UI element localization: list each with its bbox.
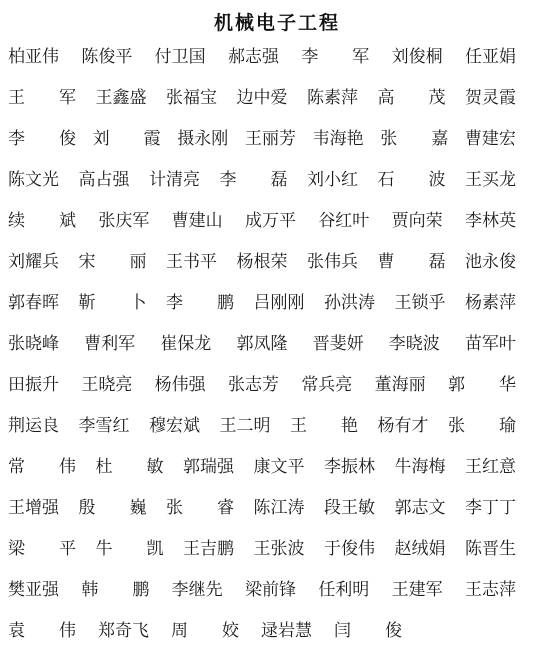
name-cell: 韩 鹏 [81, 569, 149, 610]
name-row: 郭春晖靳 卜李 鹏吕刚刚孙洪涛王锁乎杨素萍 [8, 282, 516, 323]
name-cell: 杨有才 [378, 405, 429, 446]
name-cell: 梁前锋 [245, 569, 296, 610]
name-cell: 计清亮 [149, 159, 200, 200]
name-cell: 杨素萍 [465, 282, 516, 323]
name-cell: 高 茂 [378, 77, 446, 118]
name-cell: 荆运良 [8, 405, 59, 446]
name-cell: 周 姣 [171, 610, 239, 651]
name-cell: 续 斌 [8, 200, 76, 241]
name-cell: 于俊伟 [324, 528, 375, 569]
name-cell: 王书平 [166, 241, 217, 282]
name-cell: 孙洪涛 [324, 282, 375, 323]
name-cell: 李振林 [324, 446, 375, 487]
name-cell: 王建军 [392, 569, 443, 610]
name-row: 李 俊刘 霞摄永刚王丽芳韦海艳张 嘉曹建宏 [8, 118, 516, 159]
name-list: 柏亚伟陈俊平付卫国郝志强李 军刘俊桐任亚娟王 军王鑫盛张福宝边中爱陈素萍高 茂贺… [0, 36, 554, 651]
name-cell: 逯岩慧 [261, 610, 312, 651]
name-row: 续 斌张庆军曹建山成万平谷红叶贾向荣李林英 [8, 200, 516, 241]
name-row: 王增强殷 巍张 睿陈江涛段王敏郭志文李丁丁 [8, 487, 516, 528]
name-cell: 王张波 [254, 528, 305, 569]
name-cell: 李丁丁 [465, 487, 516, 528]
name-cell: 赵绒娟 [395, 528, 446, 569]
name-cell: 崔保龙 [160, 323, 211, 364]
name-row: 刘耀兵宋 丽王书平杨根荣张伟兵曹 磊池永俊 [8, 241, 516, 282]
name-cell: 曹建宏 [465, 118, 516, 159]
name-cell: 闫 俊 [334, 610, 402, 651]
name-row: 常 伟杜 敏郭瑞强康文平李振林牛海梅王红意 [8, 446, 516, 487]
name-cell: 王红意 [465, 446, 516, 487]
name-list-page: 机械电子工程 柏亚伟陈俊平付卫国郝志强李 军刘俊桐任亚娟王 军王鑫盛张福宝边中爱… [0, 0, 554, 651]
name-row: 田振升王晓亮杨伟强张志芳常兵亮董海丽郭 华 [8, 364, 516, 405]
name-cell: 曹 磊 [378, 241, 446, 282]
name-cell: 靳 卜 [79, 282, 147, 323]
name-cell: 张庆军 [98, 200, 149, 241]
name-cell: 郭春晖 [8, 282, 59, 323]
name-cell: 王二明 [220, 405, 271, 446]
name-cell: 张志芳 [228, 364, 279, 405]
name-cell: 张 嘉 [380, 118, 448, 159]
name-cell: 张福宝 [166, 77, 217, 118]
name-row: 梁 平牛 凯王吉鹏王张波于俊伟赵绒娟陈晋生 [8, 528, 516, 569]
name-cell: 高占强 [79, 159, 130, 200]
name-cell: 张伟兵 [307, 241, 358, 282]
name-cell: 常兵亮 [301, 364, 352, 405]
name-cell: 宋 丽 [79, 241, 147, 282]
name-cell: 张 瑜 [448, 405, 516, 446]
name-cell: 任利明 [318, 569, 369, 610]
name-cell: 郭瑞强 [183, 446, 234, 487]
name-cell: 曹利军 [84, 323, 135, 364]
name-cell: 李林英 [465, 200, 516, 241]
name-cell: 任亚娟 [465, 36, 516, 77]
name-cell: 陈俊平 [81, 36, 132, 77]
name-row: 王 军王鑫盛张福宝边中爱陈素萍高 茂贺灵霞 [8, 77, 516, 118]
name-cell: 刘 霞 [93, 118, 161, 159]
name-cell: 殷 巍 [79, 487, 147, 528]
name-row: 柏亚伟陈俊平付卫国郝志强李 军刘俊桐任亚娟 [8, 36, 516, 77]
name-cell: 王买龙 [465, 159, 516, 200]
name-cell: 王丽芳 [245, 118, 296, 159]
page-title: 机械电子工程 [0, 0, 554, 36]
name-cell: 王吉鹏 [183, 528, 234, 569]
name-row: 陈文光高占强计清亮李 磊刘小红石 波王买龙 [8, 159, 516, 200]
name-cell: 石 波 [378, 159, 446, 200]
name-cell: 杨伟强 [155, 364, 206, 405]
name-cell: 摄永刚 [177, 118, 228, 159]
name-row: 袁 伟郑奇飞周 姣逯岩慧闫 俊 [8, 610, 516, 651]
name-cell: 谷红叶 [318, 200, 369, 241]
name-row: 樊亚强韩 鹏李继先梁前锋任利明王建军王志萍 [8, 569, 516, 610]
name-cell: 李继先 [172, 569, 223, 610]
name-cell: 贺灵霞 [465, 77, 516, 118]
name-cell: 李 鹏 [166, 282, 234, 323]
name-cell: 刘耀兵 [8, 241, 59, 282]
name-cell: 王 艳 [290, 405, 358, 446]
name-cell: 王鑫盛 [96, 77, 147, 118]
name-cell: 边中爱 [237, 77, 288, 118]
name-cell: 李 俊 [8, 118, 76, 159]
name-cell: 王志萍 [465, 569, 516, 610]
name-cell: 杜 敏 [96, 446, 164, 487]
name-cell: 王 军 [8, 77, 76, 118]
name-cell: 郑奇飞 [98, 610, 149, 651]
name-cell: 王锁乎 [395, 282, 446, 323]
name-row: 张晓峰曹利军崔保龙郭凤隆晋斐妍李晓波苗军叶 [8, 323, 516, 364]
name-cell: 康文平 [254, 446, 305, 487]
name-cell: 成万平 [245, 200, 296, 241]
name-cell: 张晓峰 [8, 323, 59, 364]
name-cell: 常 伟 [8, 446, 76, 487]
name-cell: 贾向荣 [392, 200, 443, 241]
name-cell: 韦海艳 [313, 118, 364, 159]
name-cell: 张 睿 [166, 487, 234, 528]
name-cell: 李晓波 [389, 323, 440, 364]
name-cell: 曹建山 [172, 200, 223, 241]
name-cell: 池永俊 [465, 241, 516, 282]
name-cell: 董海丽 [375, 364, 426, 405]
name-cell: 牛海梅 [395, 446, 446, 487]
name-cell: 陈素萍 [307, 77, 358, 118]
name-cell: 郭志文 [395, 487, 446, 528]
name-cell: 王增强 [8, 487, 59, 528]
name-cell: 郝志强 [228, 36, 279, 77]
name-cell: 刘小红 [307, 159, 358, 200]
name-cell: 陈文光 [8, 159, 59, 200]
name-cell: 柏亚伟 [8, 36, 59, 77]
name-cell: 王晓亮 [81, 364, 132, 405]
name-cell: 杨根荣 [237, 241, 288, 282]
name-cell: 刘俊桐 [392, 36, 443, 77]
name-cell: 袁 伟 [8, 610, 76, 651]
name-cell: 郭凤隆 [236, 323, 287, 364]
name-cell: 陈江涛 [254, 487, 305, 528]
name-row: 荆运良李雪红穆宏斌王二明王 艳杨有才张 瑜 [8, 405, 516, 446]
name-cell: 段王敏 [324, 487, 375, 528]
name-cell: 李 军 [301, 36, 369, 77]
name-cell: 李雪红 [79, 405, 130, 446]
name-cell: 苗军叶 [465, 323, 516, 364]
name-cell: 梁 平 [8, 528, 76, 569]
name-cell: 晋斐妍 [313, 323, 364, 364]
name-cell: 陈晋生 [465, 528, 516, 569]
name-cell: 吕刚刚 [254, 282, 305, 323]
name-cell: 田振升 [8, 364, 59, 405]
name-cell: 李 磊 [220, 159, 288, 200]
name-cell: 郭 华 [448, 364, 516, 405]
name-cell: 付卫国 [155, 36, 206, 77]
name-cell: 牛 凯 [96, 528, 164, 569]
name-cell: 穆宏斌 [149, 405, 200, 446]
name-cell: 樊亚强 [8, 569, 59, 610]
